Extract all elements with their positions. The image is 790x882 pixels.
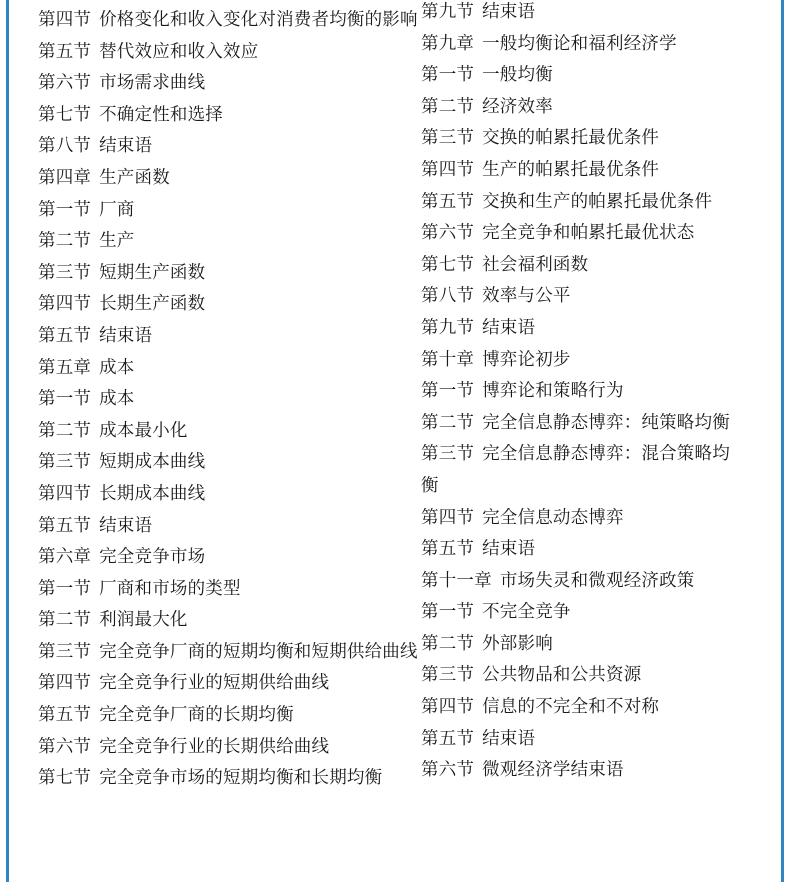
entry-number: 第二节 (421, 97, 474, 117)
toc-chapter: 第四章生产函数 (38, 163, 418, 195)
toc-chapter: 第十一章市场失灵和微观经济政策 (421, 566, 741, 598)
entry-title: 长期生产函数 (99, 294, 205, 314)
chapter-title: 成本 (99, 358, 134, 378)
entry-number: 第一节 (38, 579, 91, 599)
entry-number: 第五节 (421, 729, 474, 749)
toc-chapter: 第五章成本 (38, 353, 418, 385)
entry-number: 第四节 (38, 294, 91, 314)
toc-entry: 第二节成本最小化 (38, 416, 418, 448)
toc-entry: 第五节交换和生产的帕累托最优条件 (421, 187, 741, 219)
entry-number: 第一节 (421, 381, 474, 401)
entry-title: 市场需求曲线 (99, 73, 205, 93)
toc-chapter: 第十章博弈论初步 (421, 345, 741, 377)
toc-entry: 第七节完全竞争市场的短期均衡和长期均衡 (38, 763, 418, 795)
entry-number: 第四节 (421, 697, 474, 717)
entry-title: 博弈论和策略行为 (482, 381, 624, 401)
entry-number: 第五节 (421, 192, 474, 212)
entry-number: 第五节 (38, 516, 91, 536)
entry-title: 短期成本曲线 (99, 452, 205, 472)
toc-entry: 第四节完全信息动态博弈 (421, 503, 741, 535)
toc-entry: 第五节结束语 (421, 534, 741, 566)
entry-number: 第六节 (38, 737, 91, 757)
entry-title: 厂商 (99, 200, 134, 220)
chapter-title: 博弈论初步 (482, 350, 571, 370)
entry-title: 效率与公平 (482, 286, 571, 306)
entry-number: 第八节 (38, 136, 91, 156)
entry-title: 经济效率 (482, 97, 553, 117)
toc-entry: 第四节信息的不完全和不对称 (421, 692, 741, 724)
entry-title: 生产 (99, 231, 134, 251)
chapter-number: 第九章 (421, 34, 474, 54)
entry-title: 社会福利函数 (482, 255, 588, 275)
toc-entry: 第八节结束语 (38, 131, 418, 163)
entry-number: 第四节 (421, 508, 474, 528)
entry-number: 第三节 (38, 642, 91, 662)
toc-entry: 第二节经济效率 (421, 92, 741, 124)
entry-title: 利润最大化 (99, 610, 188, 630)
toc-entry: 第四节长期成本曲线 (38, 479, 418, 511)
entry-number: 第四节 (421, 160, 474, 180)
toc-entry: 第六节完全竞争和帕累托最优状态 (421, 218, 741, 250)
chapter-title: 完全竞争市场 (99, 547, 205, 567)
chapter-title: 一般均衡论和福利经济学 (482, 34, 677, 54)
chapter-number: 第五章 (38, 358, 91, 378)
entry-title: 完全竞争厂商的短期均衡和短期供给曲线 (99, 642, 418, 662)
toc-entry: 第三节短期生产函数 (38, 258, 418, 290)
toc-entry: 第三节完全竞争厂商的短期均衡和短期供给曲线 (38, 637, 418, 669)
toc-entry: 第五节结束语 (38, 321, 418, 353)
entry-number: 第四节 (38, 484, 91, 504)
entry-number: 第二节 (421, 413, 474, 433)
toc-entry: 第八节效率与公平 (421, 281, 741, 313)
entry-number: 第一节 (421, 65, 474, 85)
chapter-number: 第六章 (38, 547, 91, 567)
toc-entry: 第五节完全竞争厂商的长期均衡 (38, 700, 418, 732)
entry-title: 生产的帕累托最优条件 (482, 160, 659, 180)
entry-title: 交换的帕累托最优条件 (482, 128, 659, 148)
entry-number: 第三节 (421, 665, 474, 685)
toc-entry: 第五节结束语 (38, 511, 418, 543)
entry-number: 第七节 (38, 768, 91, 788)
entry-number: 第三节 (421, 128, 474, 148)
entry-title: 完全信息动态博弈 (482, 508, 624, 528)
entry-title: 短期生产函数 (99, 263, 205, 283)
toc-entry: 第七节社会福利函数 (421, 250, 741, 282)
toc-entry: 第三节公共物品和公共资源 (421, 660, 741, 692)
entry-title: 不完全竞争 (482, 602, 571, 622)
toc-entry: 第七节不确定性和选择 (38, 100, 418, 132)
toc-entry: 第一节厂商和市场的类型 (38, 574, 418, 606)
entry-title: 结束语 (99, 136, 152, 156)
entry-title: 完全竞争行业的长期供给曲线 (99, 737, 329, 757)
entry-number: 第四节 (38, 673, 91, 693)
entry-number: 第七节 (38, 105, 91, 125)
entry-number: 第五节 (421, 539, 474, 559)
entry-number: 第三节 (421, 444, 474, 464)
entry-title: 信息的不完全和不对称 (482, 697, 659, 717)
entry-number: 第二节 (38, 231, 91, 251)
entry-number: 第五节 (38, 42, 91, 62)
toc-entry: 第二节利润最大化 (38, 605, 418, 637)
entry-number: 第一节 (38, 389, 91, 409)
entry-title: 外部影响 (482, 634, 553, 654)
entry-title: 完全竞争和帕累托最优状态 (482, 223, 694, 243)
entry-number: 第五节 (38, 326, 91, 346)
entry-title: 长期成本曲线 (99, 484, 205, 504)
toc-entry: 第一节博弈论和策略行为 (421, 376, 741, 408)
toc-entry: 第四节价格变化和收入变化对消费者均衡的影响 (38, 5, 418, 37)
toc-entry: 第三节短期成本曲线 (38, 447, 418, 479)
entry-number: 第二节 (421, 634, 474, 654)
entry-title: 结束语 (482, 539, 535, 559)
entry-title: 厂商和市场的类型 (99, 579, 241, 599)
entry-title: 结束语 (482, 2, 535, 22)
entry-title: 完全竞争行业的短期供给曲线 (99, 673, 329, 693)
entry-number: 第六节 (421, 760, 474, 780)
toc-entry: 第一节一般均衡 (421, 60, 741, 92)
toc-entry: 第一节不完全竞争 (421, 597, 741, 629)
entry-number: 第四节 (38, 10, 91, 30)
entry-number: 第九节 (421, 2, 474, 22)
toc-entry: 第四节生产的帕累托最优条件 (421, 155, 741, 187)
entry-number: 第二节 (38, 421, 91, 441)
entry-title: 完全信息静态博弈：纯策略均衡 (482, 413, 730, 433)
toc-entry: 第四节完全竞争行业的短期供给曲线 (38, 668, 418, 700)
entry-number: 第六节 (421, 223, 474, 243)
entry-title: 结束语 (482, 318, 535, 338)
entry-number: 第七节 (421, 255, 474, 275)
entry-number: 第九节 (421, 318, 474, 338)
entry-title: 价格变化和收入变化对消费者均衡的影响 (99, 10, 418, 30)
entry-number: 第三节 (38, 452, 91, 472)
entry-number: 第五节 (38, 705, 91, 725)
toc-entry: 第三节完全信息静态博弈：混合策略均衡 (421, 439, 741, 502)
toc-entry: 第二节完全信息静态博弈：纯策略均衡 (421, 408, 741, 440)
entry-number: 第三节 (38, 263, 91, 283)
entry-title: 一般均衡 (482, 65, 553, 85)
chapter-number: 第十章 (421, 350, 474, 370)
chapter-title: 市场失灵和微观经济政策 (500, 571, 695, 591)
toc-entry: 第六节完全竞争行业的长期供给曲线 (38, 732, 418, 764)
toc-entry: 第四节长期生产函数 (38, 289, 418, 321)
chapter-title: 生产函数 (99, 168, 170, 188)
entry-title: 不确定性和选择 (99, 105, 223, 125)
toc-entry: 第一节厂商 (38, 195, 418, 227)
entry-title: 公共物品和公共资源 (482, 665, 641, 685)
chapter-number: 第四章 (38, 168, 91, 188)
entry-title: 完全竞争市场的短期均衡和长期均衡 (99, 768, 382, 788)
entry-title: 微观经济学结束语 (482, 760, 624, 780)
toc-right-column: 第九节结束语 第九章一般均衡论和福利经济学 第一节一般均衡 第二节经济效率 第三… (421, 0, 741, 787)
entry-title: 交换和生产的帕累托最优条件 (482, 192, 712, 212)
toc-entry: 第一节成本 (38, 384, 418, 416)
entry-title: 结束语 (482, 729, 535, 749)
toc-chapter: 第六章完全竞争市场 (38, 542, 418, 574)
entry-title: 结束语 (99, 326, 152, 346)
toc-entry: 第五节结束语 (421, 724, 741, 756)
entry-number: 第一节 (421, 602, 474, 622)
entry-title: 完全竞争厂商的长期均衡 (99, 705, 294, 725)
toc-entry: 第九节结束语 (421, 313, 741, 345)
toc-entry: 第九节结束语 (421, 0, 741, 29)
toc-entry: 第六节微观经济学结束语 (421, 755, 741, 787)
entry-title: 成本最小化 (99, 421, 188, 441)
toc-chapter: 第九章一般均衡论和福利经济学 (421, 29, 741, 61)
entry-number: 第一节 (38, 200, 91, 220)
toc-entry: 第三节交换的帕累托最优条件 (421, 123, 741, 155)
toc-left-column: 第四节价格变化和收入变化对消费者均衡的影响 第五节替代效应和收入效应 第六节市场… (38, 5, 418, 795)
entry-number: 第八节 (421, 286, 474, 306)
entry-title: 结束语 (99, 516, 152, 536)
toc-entry: 第五节替代效应和收入效应 (38, 37, 418, 69)
chapter-number: 第十一章 (421, 571, 492, 591)
toc-entry: 第六节市场需求曲线 (38, 68, 418, 100)
toc-entry: 第二节生产 (38, 226, 418, 258)
entry-title: 成本 (99, 389, 134, 409)
toc-entry: 第二节外部影响 (421, 629, 741, 661)
entry-number: 第六节 (38, 73, 91, 93)
entry-number: 第二节 (38, 610, 91, 630)
entry-title: 替代效应和收入效应 (99, 42, 258, 62)
